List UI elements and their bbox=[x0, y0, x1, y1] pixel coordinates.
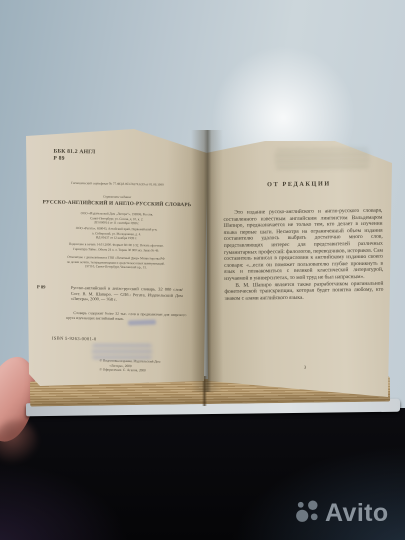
book-photo: ББК 81.2 АНГЛ Р 89 Гигиенический сертифи… bbox=[0, 0, 405, 540]
page-number: 3 bbox=[225, 364, 384, 371]
text-showthrough bbox=[274, 148, 369, 169]
bbk-classification: ББК 81.2 АНГЛ Р 89 bbox=[53, 149, 95, 164]
book-title: РУССКО-АНГЛИЙСКИЙ И АНГЛО-РУССКИЙ СЛОВАР… bbox=[30, 199, 203, 208]
ink-showthrough-stamp bbox=[92, 344, 152, 359]
publisher-block-2: ООО «Регата», 658043, Алтайский край, Пе… bbox=[44, 225, 189, 241]
print-info-block: Подписано в печать 14.01.2000. Формат 60… bbox=[44, 241, 189, 253]
avito-wordmark: Avito bbox=[325, 501, 389, 525]
avito-watermark: Avito bbox=[294, 499, 389, 525]
editorial-text: Это издание русско-английского и англо-р… bbox=[223, 208, 383, 303]
editorial-paragraph-1: Это издание русско-английского и англо-р… bbox=[223, 208, 383, 283]
ink-showthrough-small bbox=[128, 320, 156, 326]
editorial-paragraph-2: В. М. Шапиро является также разработчико… bbox=[224, 280, 383, 302]
avito-logo-icon bbox=[294, 499, 321, 525]
catalog-entry: Р 89 Русско-английский и англо-русский с… bbox=[37, 284, 189, 304]
isbn-number: ISBN 5-9263-0001-0 bbox=[52, 336, 97, 342]
section-heading: ОТ РЕДАКЦИИ bbox=[219, 180, 379, 189]
copyright-block: © Подготовка издания. Издательский Дом «… bbox=[99, 358, 160, 373]
catalog-code: Р 89 bbox=[37, 284, 71, 302]
annotation: Словарь содержит более 32 тыс. слов и пр… bbox=[66, 311, 186, 324]
printed-at-block: Отпечатано с диапозитивов в ГПП «Печатны… bbox=[43, 254, 188, 270]
hygiene-certificate: Гигиенический сертификат № 77.ФЦ.8.953.П… bbox=[35, 180, 200, 187]
right-page-content: ОТ РЕДАКЦИИ Это издание русско-английско… bbox=[204, 126, 396, 402]
copyright-line3: © Оформление. С. Агапов, 2000 bbox=[99, 368, 160, 374]
catalog-description: Русско-английский и англо-русский словар… bbox=[71, 285, 183, 304]
publisher-block-1: ООО «Издательский Дом „Литера“», 198306,… bbox=[44, 210, 189, 226]
udc-code: Р 89 bbox=[53, 156, 95, 164]
